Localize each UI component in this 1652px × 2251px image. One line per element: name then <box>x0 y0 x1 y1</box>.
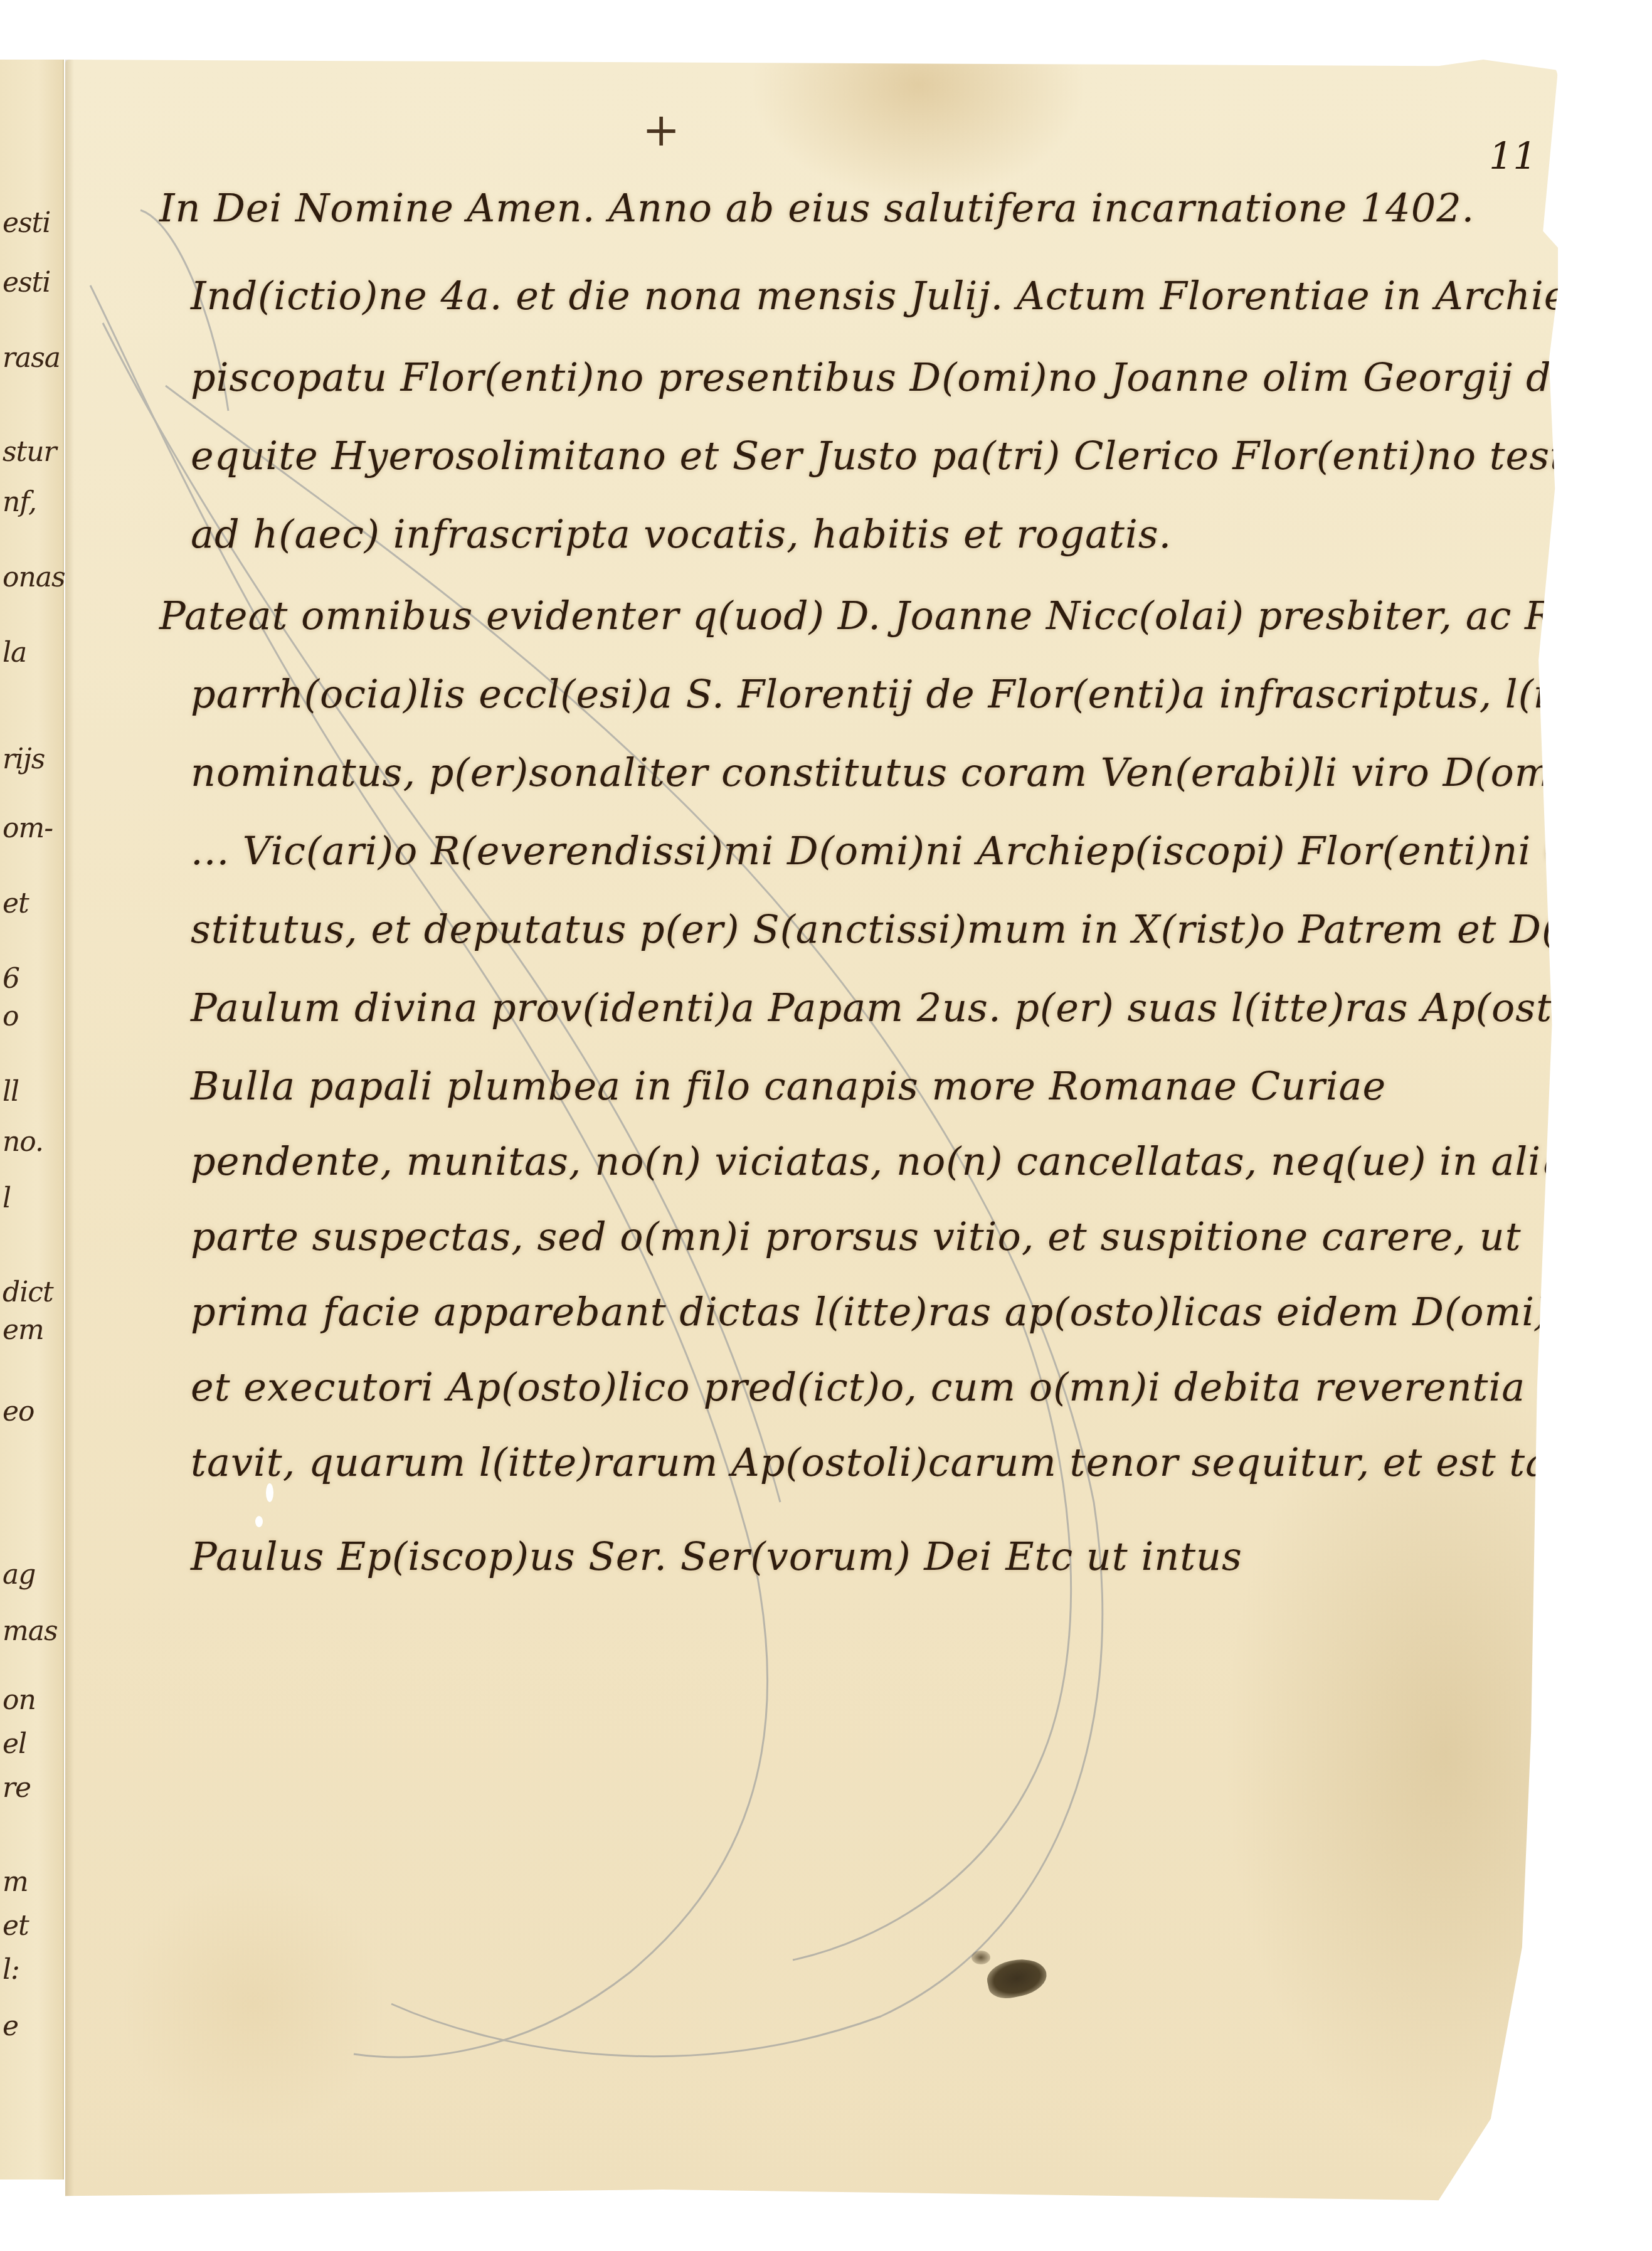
text-line: piscopatu Flor(enti)no presentibus D(omi… <box>191 354 1652 400</box>
text-line: Paulum divina prov(identi)a Papam 2us. p… <box>191 985 1652 1030</box>
text-line: ... Vic(ari)o R(everendissi)mi D(omi)ni … <box>191 828 1652 874</box>
text-line: parte suspectas, sed o(mn)i prorsus viti… <box>191 1214 1522 1259</box>
facing-text: em <box>3 1314 44 1346</box>
facing-text: onas <box>3 561 65 593</box>
manuscript-text: In Dei Nomine Amen. Anno ab eius salutif… <box>65 60 1558 2205</box>
text-line: et executori Ap(osto)lico pred(ict)o, cu… <box>191 1364 1652 1410</box>
paper-hole <box>255 1516 263 1527</box>
text-line: Pateat omnibus evidenter q(uod) D. Joann… <box>159 593 1652 638</box>
text-line: Ind(ictio)ne 4a. et die nona mensis Juli… <box>191 273 1581 319</box>
facing-text: esti <box>3 207 50 239</box>
facing-text: m <box>3 1866 28 1898</box>
facing-text: rasa <box>3 342 60 374</box>
facing-text: esti <box>3 267 50 299</box>
facing-text: rijs <box>3 743 45 775</box>
facing-text: e <box>3 2010 18 2042</box>
paper-hole <box>266 1483 273 1502</box>
text-line: Bulla papali plumbea in filo canapis mor… <box>191 1063 1386 1109</box>
text-line: stitutus, et deputatus p(er) S(anctissi)… <box>191 906 1652 952</box>
facing-text: eo <box>3 1396 34 1427</box>
facing-text: nf, <box>3 486 36 518</box>
text-line: ad h(aec) infrascripta vocatis, habitis … <box>191 511 1172 557</box>
facing-text: mas <box>3 1615 58 1647</box>
facing-text: o <box>3 1000 19 1032</box>
facing-text: et <box>3 887 29 919</box>
facing-page-fragment: esti esti rasa stur nf, onas la rijs om-… <box>0 60 64 2179</box>
facing-text: 6 <box>3 963 19 995</box>
facing-text: re <box>3 1772 31 1804</box>
facing-text: l <box>3 1182 11 1214</box>
text-line: prima facie apparebant dictas l(itte)ras… <box>191 1289 1652 1335</box>
facing-text: ll <box>3 1076 19 1108</box>
facing-text: el <box>3 1728 26 1760</box>
facing-text: l: <box>3 1954 19 1986</box>
text-line: In Dei Nomine Amen. Anno ab eius salutif… <box>159 185 1475 231</box>
facing-text: om- <box>3 812 53 844</box>
ink-stain <box>972 1951 990 1964</box>
manuscript-page: + 11 In Dei Nomine Amen. Anno ab eius sa… <box>65 60 1558 2205</box>
facing-text: on <box>3 1684 36 1716</box>
facing-text: no. <box>3 1126 43 1158</box>
facing-text: et <box>3 1910 29 1942</box>
facing-text: dict <box>3 1276 53 1308</box>
text-line: parrh(ocia)lis eccl(esi)a S. Florentij d… <box>191 671 1652 717</box>
facing-text: la <box>3 637 26 669</box>
text-line: tavit, quarum l(itte)rarum Ap(ostoli)car… <box>191 1439 1652 1485</box>
facing-text: stur <box>3 436 56 468</box>
text-line: Paulus Ep(iscop)us Ser. Ser(vorum) Dei E… <box>191 1533 1242 1579</box>
text-line: nominatus, p(er)sonaliter constitutus co… <box>191 749 1652 795</box>
text-line: equite Hyerosolimitano et Ser Justo pa(t… <box>191 433 1651 479</box>
facing-text: ag <box>3 1559 35 1591</box>
text-line: pendente, munitas, no(n) viciatas, no(n)… <box>191 1138 1652 1184</box>
